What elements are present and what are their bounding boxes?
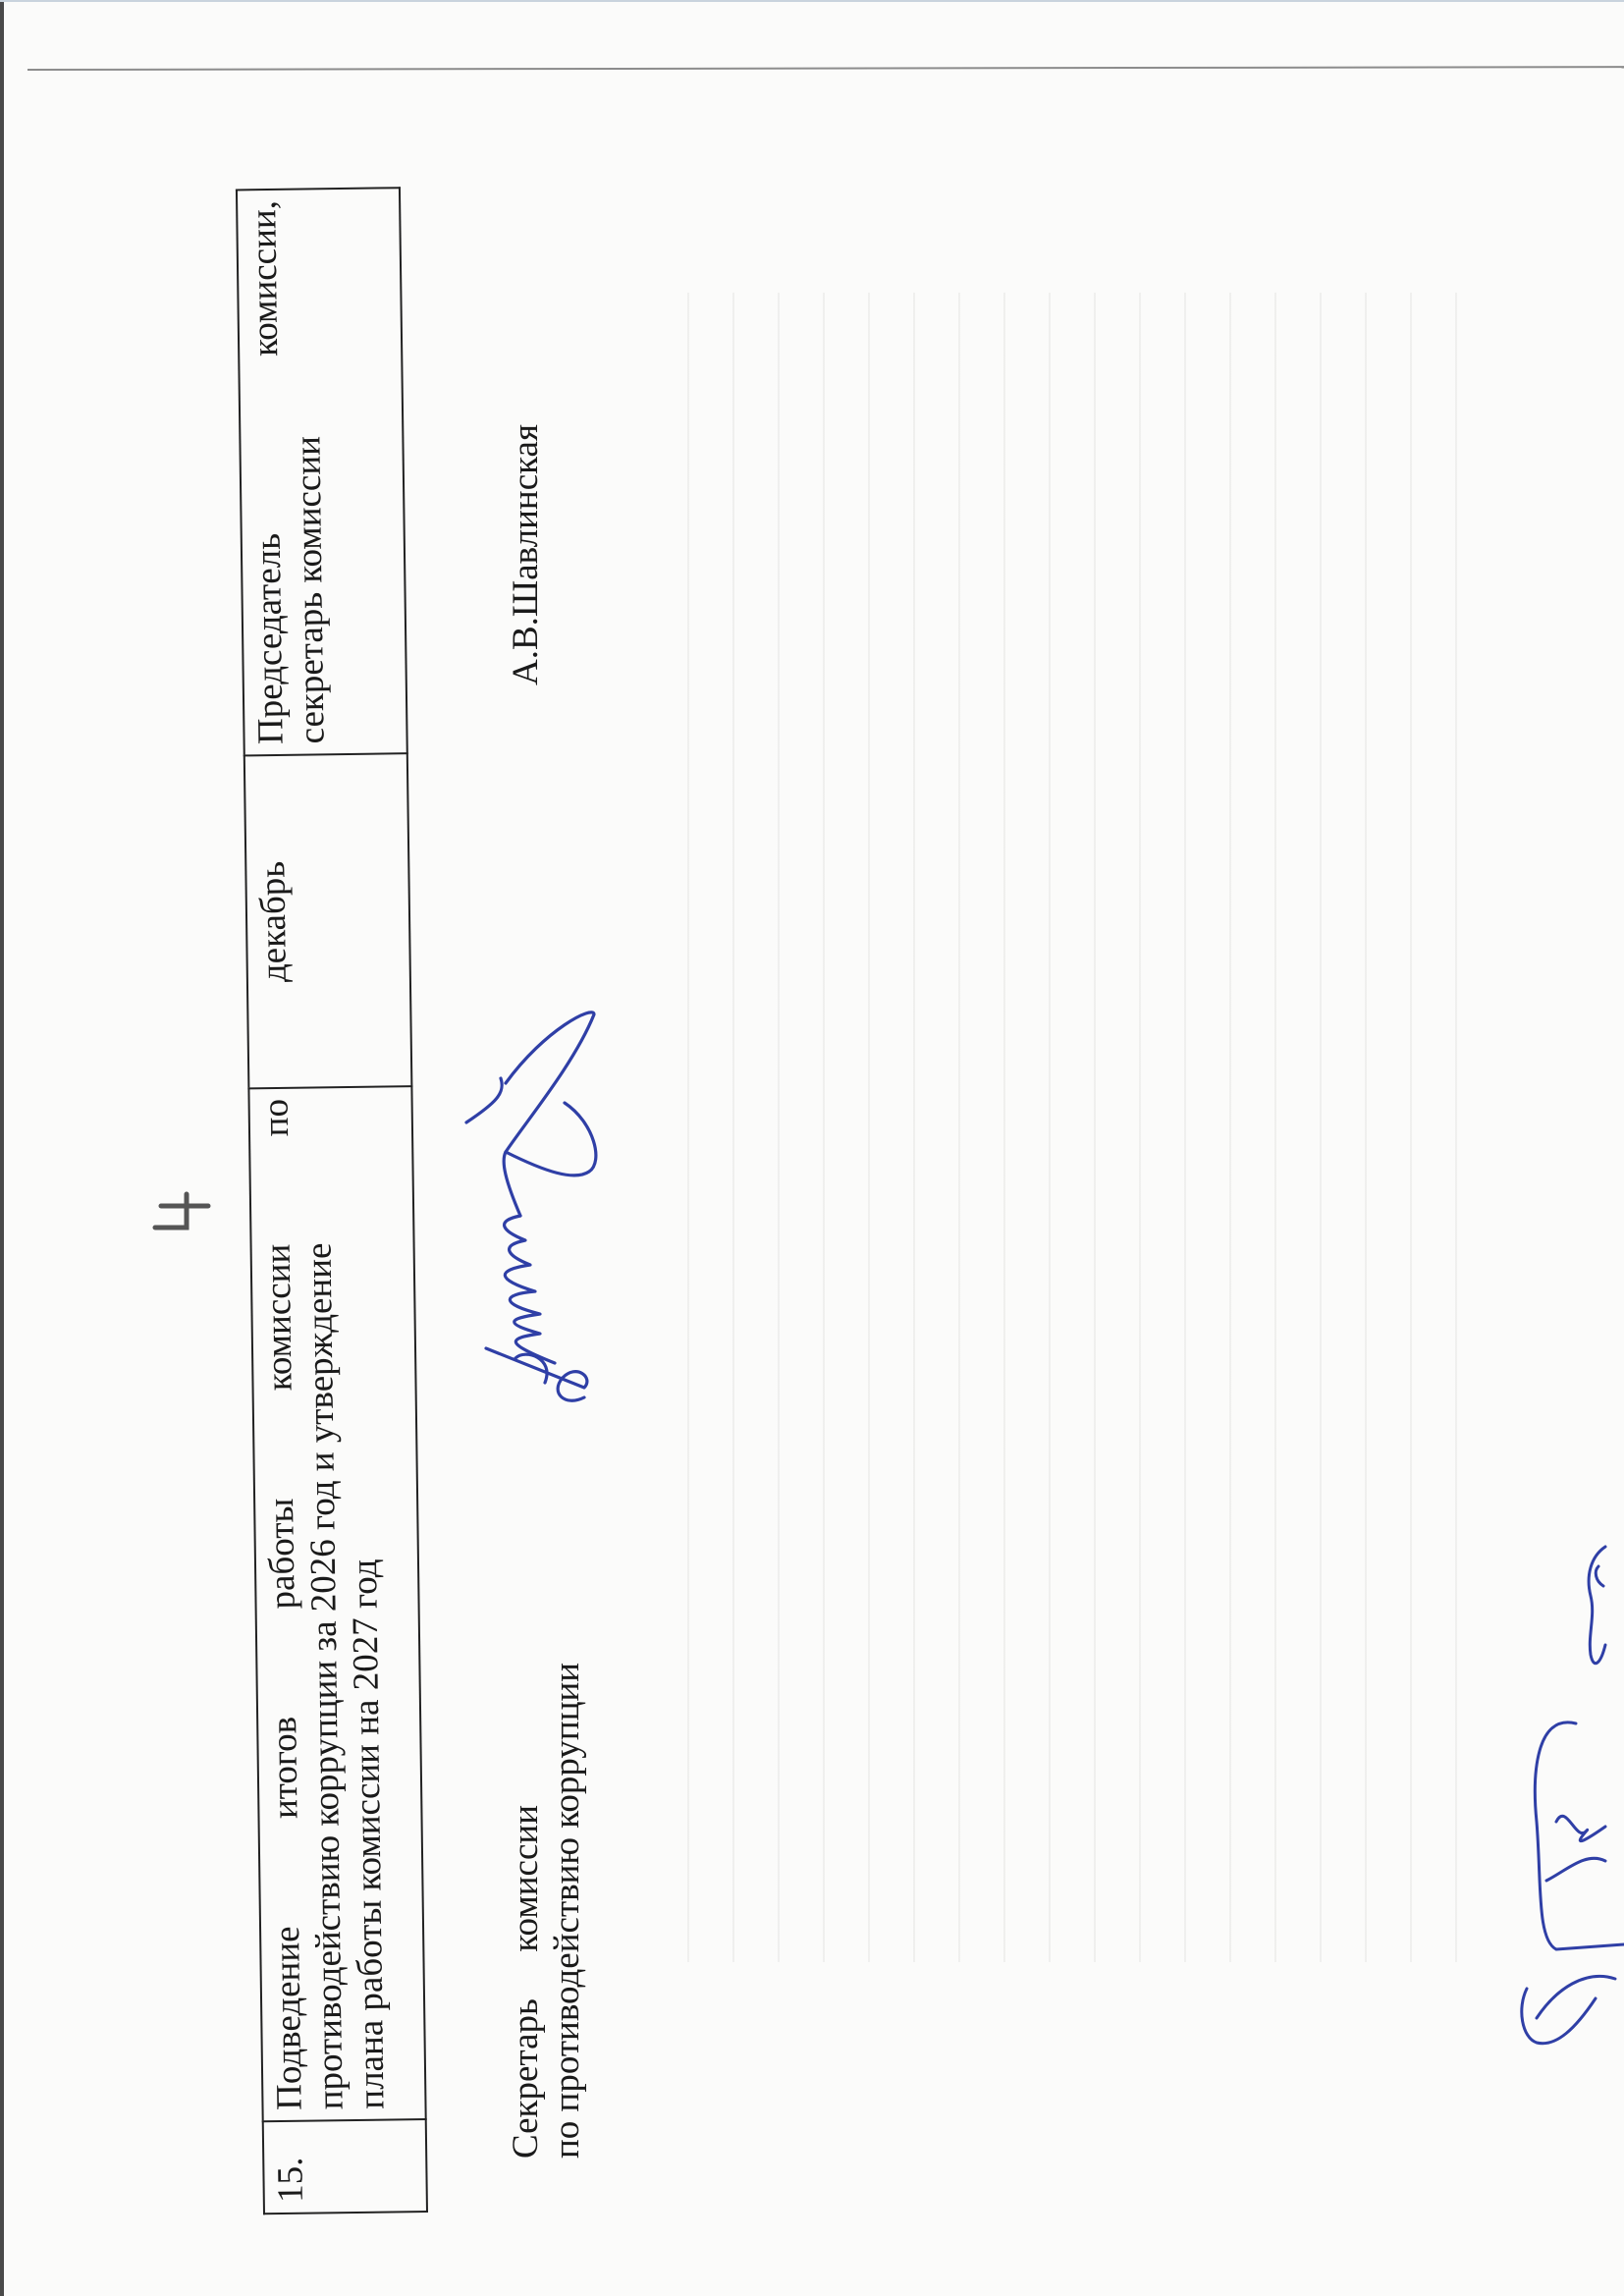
table-row: 15. Подведение итогов работы комиссии по…: [237, 188, 427, 2214]
handwritten-signature-icon: [447, 995, 633, 1417]
handwritten-page-number-icon: [147, 1176, 216, 1245]
plan-table: 15. Подведение итогов работы комиссии по…: [236, 187, 428, 2214]
signatory-name: А.В.Шавлинская: [506, 424, 547, 685]
handwritten-initials-icon: [1497, 1527, 1624, 2087]
task-word: по: [256, 1099, 298, 1137]
date-cell: декабрь: [244, 753, 412, 1088]
signature-role: Секретарь комиссии по противодействию ко…: [506, 1663, 588, 2159]
role-word: комиссии: [506, 1805, 547, 1952]
responsible-line-1: Председатель комиссии,: [244, 200, 293, 745]
task-word: итогов: [264, 1717, 306, 1820]
task-word: Подведение: [267, 1926, 311, 2110]
task-word: работы: [261, 1498, 304, 1609]
responsible-word: комиссии,: [244, 200, 287, 356]
rotated-page: 15. Подведение итогов работы комиссии по…: [0, 0, 1624, 2296]
task-word: комиссии: [258, 1243, 301, 1391]
signature-role-line-1: Секретарь комиссии: [506, 1805, 547, 2159]
bleed-through-texture: [687, 293, 1492, 1962]
signature-role-line-2: по противодействию коррупции: [547, 1663, 588, 2159]
task-cell: Подведение итогов работы комиссии по про…: [248, 1086, 425, 2121]
row-number: 15.: [263, 2119, 427, 2214]
responsible-cell: Председатель комиссии, секретарь комисси…: [237, 188, 407, 755]
responsible-line-2: секретарь комиссии: [285, 199, 334, 744]
role-word: Секретарь: [506, 1998, 547, 2159]
responsible-word: Председатель: [248, 533, 293, 745]
